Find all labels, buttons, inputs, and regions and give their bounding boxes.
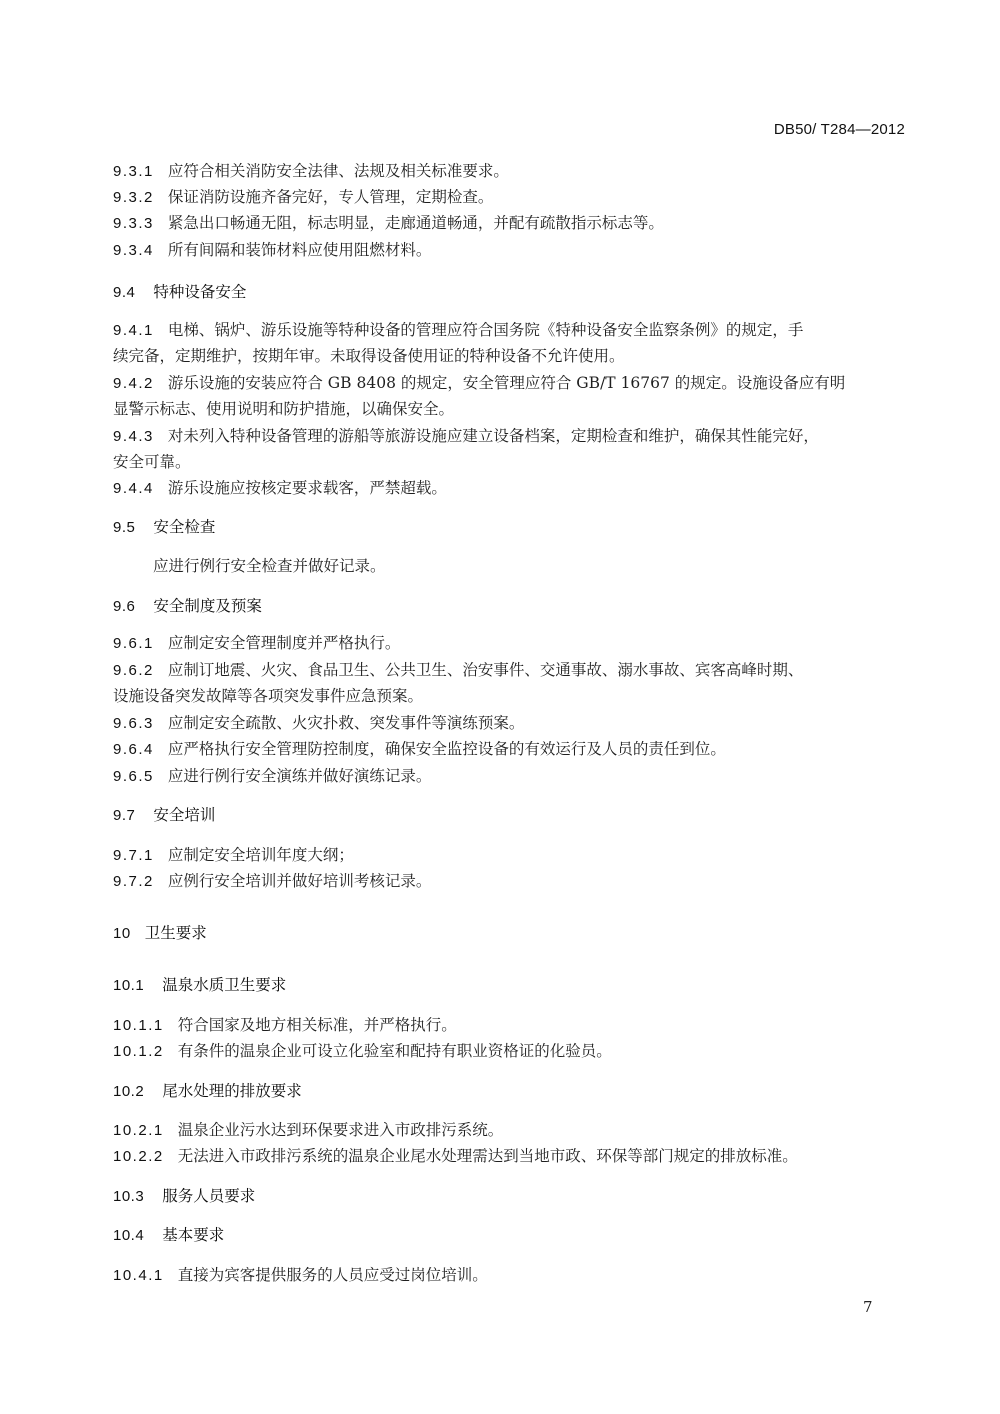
section-heading-9-7: 9.7安全培训 (113, 805, 215, 826)
clause-text: 直接为宾客提供服务的人员应受过岗位培训。 (178, 1266, 488, 1284)
clause-9-3-3: 9.3.3紧急出口畅通无阻，标志明显，走廊通道畅通，并配有疏散指示标志等。 (113, 213, 664, 234)
clause-9-4-3: 9.4.3对未列入特种设备管理的游船等旅游设施应建立设备档案，定期检查和维护，确… (113, 426, 819, 447)
section-number: 9.4 (113, 283, 135, 303)
clause-text: 应制定安全疏散、火灾扑救、突发事件等演练预案。 (168, 714, 525, 732)
clause-9-6-2-continuation: 设施设备突发故障等各项突发事件应急预案。 (113, 686, 423, 706)
clause-9-4-3-continuation: 安全可靠。 (113, 452, 191, 472)
clause-10-2-2: 10.2.2无法进入市政排污系统的温泉企业尾水处理需达到当地市政、环保等部门规定… (113, 1146, 798, 1167)
clause-text: 应符合相关消防安全法律、法规及相关标准要求。 (168, 162, 509, 180)
clause-number: 9.6.3 (113, 714, 154, 734)
clause-text: 符合国家及地方相关标准，并严格执行。 (178, 1016, 457, 1034)
clause-text: 应制定安全培训年度大纲； (168, 846, 354, 864)
clause-number: 9.4.3 (113, 427, 154, 447)
section-heading-10-4: 10.4基本要求 (113, 1225, 224, 1246)
clause-number: 9.6.2 (113, 661, 154, 681)
section-number: 10.1 (113, 976, 144, 996)
clause-text: 温泉企业污水达到环保要求进入市政排污系统。 (178, 1121, 504, 1139)
section-number: 9.5 (113, 518, 135, 538)
standard-code-header: DB50/ T284—2012 (774, 121, 905, 138)
clause-number: 10.2.1 (113, 1121, 164, 1141)
clause-number: 9.6.1 (113, 634, 154, 654)
clause-number: 9.3.2 (113, 188, 154, 208)
clause-text: 应制订地震、火灾、食品卫生、公共卫生、治安事件、交通事故、溺水事故、宾客高峰时期… (168, 661, 804, 679)
clause-10-4-1: 10.4.1直接为宾客提供服务的人员应受过岗位培训。 (113, 1265, 488, 1286)
clause-text: 对未列入特种设备管理的游船等旅游设施应建立设备档案，定期检查和维护，确保其性能完… (168, 427, 819, 445)
clause-10-1-1: 10.1.1符合国家及地方相关标准，并严格执行。 (113, 1015, 457, 1036)
clause-9-6-1: 9.6.1应制定安全管理制度并严格执行。 (113, 633, 400, 654)
section-title: 基本要求 (162, 1226, 224, 1244)
section-title: 安全检查 (153, 518, 215, 536)
clause-text: 应进行例行安全演练并做好演练记录。 (168, 767, 432, 785)
clause-number: 9.4.2 (113, 374, 154, 394)
section-9-5-body: 应进行例行安全检查并做好记录。 (153, 556, 386, 576)
clause-number: 10.1.1 (113, 1016, 164, 1036)
clause-text: 所有间隔和装饰材料应使用阻燃材料。 (168, 241, 432, 259)
clause-9-3-1: 9.3.1应符合相关消防安全法律、法规及相关标准要求。 (113, 161, 509, 182)
clause-number: 9.3.4 (113, 241, 154, 261)
section-number: 9.6 (113, 597, 135, 617)
clause-9-4-4: 9.4.4游乐设施应按核定要求载客，严禁超载。 (113, 478, 447, 499)
clause-text: 游乐设施应按核定要求载客，严禁超载。 (168, 479, 447, 497)
chapter-number: 10 (113, 924, 131, 944)
section-title: 特种设备安全 (153, 283, 246, 301)
section-heading-10-1: 10.1温泉水质卫生要求 (113, 975, 286, 996)
clause-9-6-5: 9.6.5应进行例行安全演练并做好演练记录。 (113, 766, 431, 787)
clause-9-7-1: 9.7.1应制定安全培训年度大纲； (113, 845, 354, 866)
clause-number: 9.6.5 (113, 767, 154, 787)
clause-text: 电梯、锅炉、游乐设施等特种设备的管理应符合国务院《特种设备安全监察条例》的规定，… (168, 321, 804, 339)
clause-9-3-2: 9.3.2保证消防设施齐备完好，专人管理，定期检查。 (113, 187, 493, 208)
section-title: 安全制度及预案 (153, 597, 262, 615)
clause-number: 9.3.1 (113, 162, 154, 182)
section-title: 尾水处理的排放要求 (162, 1082, 302, 1100)
clause-number: 10.4.1 (113, 1266, 164, 1286)
clause-9-4-1: 9.4.1电梯、锅炉、游乐设施等特种设备的管理应符合国务院《特种设备安全监察条例… (113, 320, 803, 341)
clause-number: 9.7.2 (113, 872, 154, 892)
clause-text: 应严格执行安全管理防控制度，确保安全监控设备的有效运行及人员的责任到位。 (168, 740, 726, 758)
clause-text: 应例行安全培训并做好培训考核记录。 (168, 872, 432, 890)
clause-number: 9.7.1 (113, 846, 154, 866)
clause-text: 无法进入市政排污系统的温泉企业尾水处理需达到当地市政、环保等部门规定的排放标准。 (178, 1147, 798, 1165)
clause-9-3-4: 9.3.4所有间隔和装饰材料应使用阻燃材料。 (113, 240, 431, 261)
clause-text: 应制定安全管理制度并严格执行。 (168, 634, 401, 652)
clause-9-4-2: 9.4.2游乐设施的安装应符合 GB 8408 的规定，安全管理应符合 GB/T… (113, 373, 845, 394)
section-heading-10-2: 10.2尾水处理的排放要求 (113, 1081, 302, 1102)
clause-number: 9.4.1 (113, 321, 154, 341)
section-heading-9-4: 9.4特种设备安全 (113, 282, 246, 303)
section-number: 10.3 (113, 1187, 144, 1207)
clause-9-4-1-continuation: 续完备，定期维护，按期年审。未取得设备使用证的特种设备不允许使用。 (113, 346, 625, 366)
section-number: 9.7 (113, 806, 135, 826)
clause-9-6-2: 9.6.2应制订地震、火灾、食品卫生、公共卫生、治安事件、交通事故、溺水事故、宾… (113, 660, 803, 681)
section-title: 温泉水质卫生要求 (162, 976, 286, 994)
section-heading-10-3: 10.3服务人员要求 (113, 1186, 255, 1207)
section-number: 10.4 (113, 1226, 144, 1246)
clause-number: 10.1.2 (113, 1042, 164, 1062)
clause-number: 9.4.4 (113, 479, 154, 499)
clause-text: 紧急出口畅通无阻，标志明显，走廊通道畅通，并配有疏散指示标志等。 (168, 214, 664, 232)
clause-10-1-2: 10.1.2有条件的温泉企业可设立化验室和配持有职业资格证的化验员。 (113, 1041, 612, 1062)
chapter-heading-10: 10卫生要求 (113, 923, 207, 944)
clause-9-6-3: 9.6.3应制定安全疏散、火灾扑救、突发事件等演练预案。 (113, 713, 524, 734)
clause-text: 游乐设施的安装应符合 GB 8408 的规定，安全管理应符合 GB/T 1676… (168, 374, 845, 392)
section-title: 服务人员要求 (162, 1187, 255, 1205)
clause-10-2-1: 10.2.1温泉企业污水达到环保要求进入市政排污系统。 (113, 1120, 503, 1141)
clause-number: 10.2.2 (113, 1147, 164, 1167)
section-number: 10.2 (113, 1082, 144, 1102)
clause-text: 有条件的温泉企业可设立化验室和配持有职业资格证的化验员。 (178, 1042, 612, 1060)
section-heading-9-6: 9.6安全制度及预案 (113, 596, 262, 617)
section-title: 安全培训 (153, 806, 215, 824)
clause-number: 9.3.3 (113, 214, 154, 234)
clause-9-6-4: 9.6.4应严格执行安全管理防控制度，确保安全监控设备的有效运行及人员的责任到位… (113, 739, 726, 760)
clause-text: 保证消防设施齐备完好，专人管理，定期检查。 (168, 188, 494, 206)
clause-number: 9.6.4 (113, 740, 154, 760)
section-heading-9-5: 9.5安全检查 (113, 517, 215, 538)
chapter-title: 卫生要求 (145, 924, 207, 942)
clause-9-7-2: 9.7.2应例行安全培训并做好培训考核记录。 (113, 871, 431, 892)
page-number: 7 (863, 1298, 873, 1316)
clause-9-4-2-continuation: 显警示标志、使用说明和防护措施，以确保安全。 (113, 399, 454, 419)
